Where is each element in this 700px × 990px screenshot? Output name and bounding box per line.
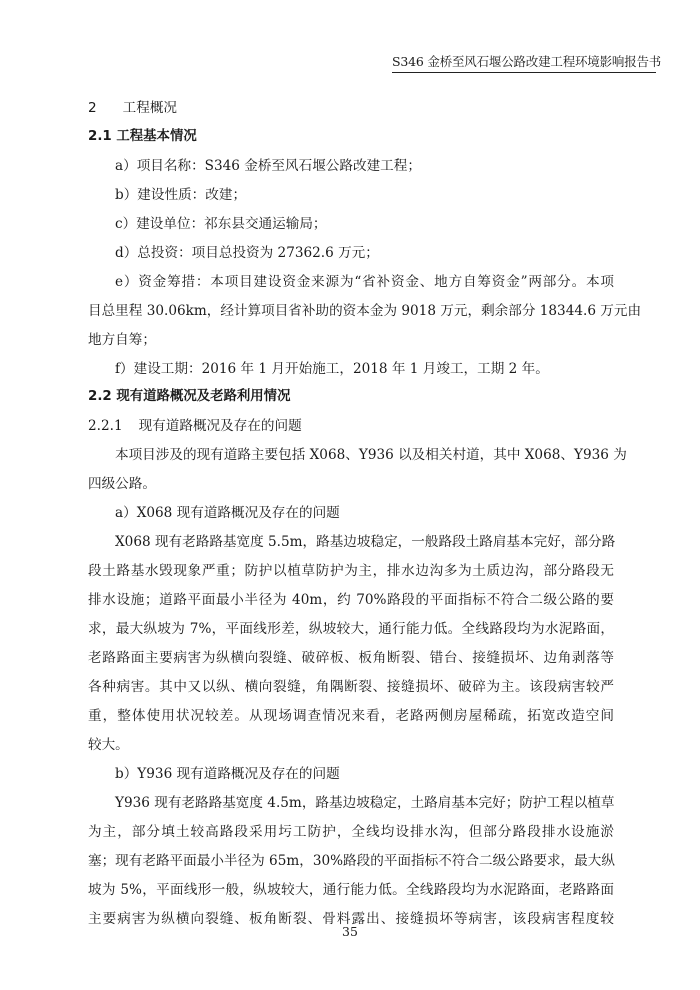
- x068-paragraph-line: 老路路面主要病害为纵横向裂缝、破碎板、板角断裂、错台、接缝损坏、边角剥落等: [88, 650, 614, 666]
- item-c-unit: c）建设单位：祁东县交通运输局；: [115, 216, 327, 232]
- header-divider: [392, 72, 656, 73]
- item-e-line-2: 目总里程 30.06km，经计算项目省补助的资本金为 9018 万元，剩余部分 …: [88, 303, 614, 319]
- x068-paragraph-line: X068 现有老路路基宽度 5.5m，路基边坡稳定，一般路段土路肩基本完好，部分…: [115, 534, 614, 550]
- intro-line-2: 四级公路。: [88, 476, 156, 492]
- item-a-project-name: a）项目名称：S346 金桥至风石堰公路改建工程；: [115, 158, 421, 174]
- y936-paragraph-line: 为主，部分填土较高路段采用圬工防护，全线均设排水沟，但部分路段排水设施淤: [88, 824, 614, 840]
- section-title: 工程概况: [123, 100, 177, 116]
- intro-line-1: 本项目涉及的现有道路主要包括 X068、Y936 以及相关村道，其中 X068、…: [115, 447, 614, 463]
- x068-paragraph-line: 排水设施；道路平面最小半径为 40m，约 70%路段的平面指标不符合二级公路的要: [88, 592, 614, 608]
- item-d-investment: d）总投资：项目总投资为 27362.6 万元；: [115, 245, 379, 261]
- subsection-title: 现有道路概况及存在的问题: [139, 418, 302, 434]
- page-number: 35: [0, 924, 700, 939]
- x068-heading: a）X068 现有道路概况及存在的问题: [115, 505, 340, 521]
- x068-paragraph-line: 各种病害。其中又以纵、横向裂缝，角隅断裂、接缝损坏、破碎为主。该段病害较严: [88, 679, 614, 695]
- x068-paragraph-line: 重，整体使用状况较差。从现场调查情况来看，老路两侧房屋稀疏，拓宽改造空间: [88, 708, 614, 724]
- x068-paragraph-line: 段土路基水毁现象严重；防护以植草防护为主，排水边沟多为土质边沟，部分路段无: [88, 563, 614, 579]
- item-e-line-3: 地方自筹；: [88, 332, 156, 348]
- item-e-line-1: e）资金筹措：本项目建设资金来源为“省补资金、地方自筹资金”两部分。本项: [115, 274, 614, 290]
- subsection-number: 2.2.1: [88, 418, 123, 434]
- item-f-schedule: f）建设工期：2016 年 1 月开始施工，2018 年 1 月竣工，工期 2 …: [115, 361, 549, 377]
- y936-paragraph-line: 塞；现有老路平面最小半径为 65m，30%路段的平面指标不符合二级公路要求，最大…: [88, 853, 614, 869]
- subsection-2-2-heading: 2.2 现有道路概况及老路利用情况: [88, 389, 290, 405]
- section-heading: 2工程概况: [88, 100, 177, 116]
- subsection-2-2-1-heading: 2.2.1现有道路概况及存在的问题: [88, 418, 302, 434]
- y936-paragraph-line: 坡为 5%，平面线形一般，纵坡较大，通行能力低。全线路段均为水泥路面，老路路面: [88, 882, 614, 898]
- y936-heading: b）Y936 现有道路概况及存在的问题: [115, 766, 340, 782]
- subsection-2-1-heading: 2.1 工程基本情况: [88, 129, 197, 145]
- x068-paragraph-line: 较大。: [88, 737, 129, 753]
- item-b-nature: b）建设性质：改建；: [115, 187, 246, 203]
- x068-paragraph-line: 求，最大纵坡为 7%，平面线形差，纵坡较大，通行能力低。全线路段均为水泥路面，: [88, 621, 614, 637]
- document-title-header: S346 金桥至风石堰公路改建工程环境影响报告书: [392, 52, 654, 70]
- section-number: 2: [88, 100, 97, 116]
- y936-paragraph-line: Y936 现有老路路基宽度 4.5m，路基边坡稳定，土路肩基本完好；防护工程以植…: [115, 795, 614, 811]
